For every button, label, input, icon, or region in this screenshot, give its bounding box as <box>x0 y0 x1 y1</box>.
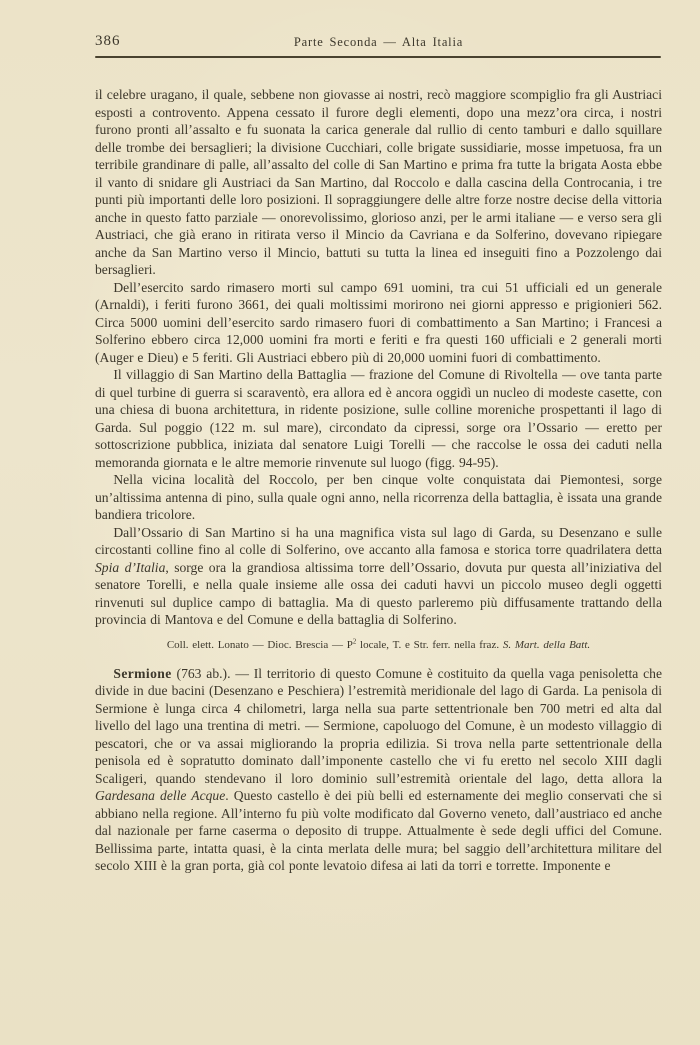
page-header: 386 Parte Seconda — Alta Italia <box>95 33 662 51</box>
header-rule <box>95 56 661 58</box>
book-page: 386 Parte Seconda — Alta Italia il celeb… <box>0 0 700 1045</box>
paragraphs: il celebre uragano, il quale, sebbene no… <box>95 86 662 875</box>
paragraph-casualties: Dell’esercito sardo rimasero morti sul c… <box>95 279 662 367</box>
paragraph-san-martino-village: Il villaggio di San Martino della Battag… <box>95 366 662 471</box>
paragraph-sermione: Sermione (763 ab.). — Il territorio di q… <box>95 665 662 875</box>
running-title: Parte Seconda — Alta Italia <box>95 35 662 50</box>
text-block: il celebre uragano, il quale, sebbene no… <box>95 86 662 875</box>
paragraph-roccolo: Nella vicina località del Roccolo, per b… <box>95 471 662 524</box>
paragraph-administrative-note: Coll. elett. Lonato — Dioc. Brescia — P2… <box>95 639 662 652</box>
paragraph-ossario-view: Dall’Ossario di San Martino si ha una ma… <box>95 524 662 629</box>
paragraph-continuation: il celebre uragano, il quale, sebbene no… <box>95 86 662 279</box>
